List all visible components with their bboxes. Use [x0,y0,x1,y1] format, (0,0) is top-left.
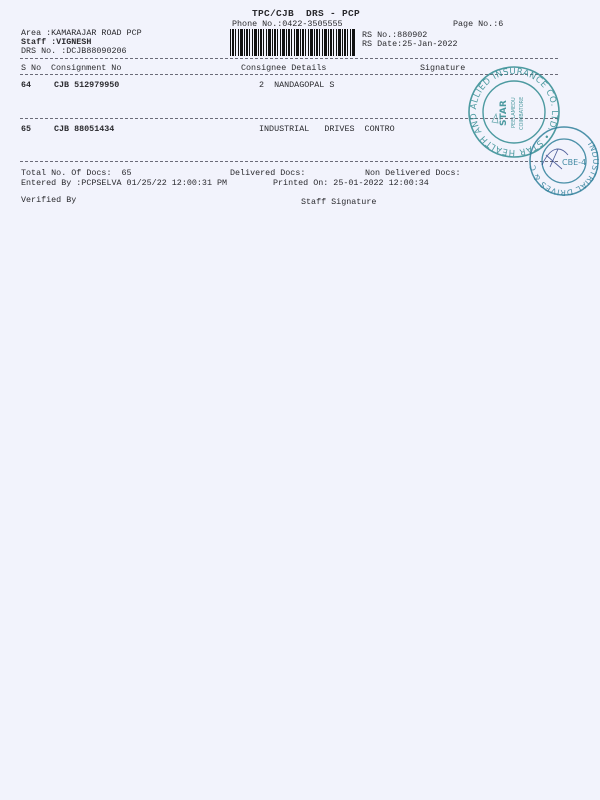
document-title: TPC/CJB DRS - PCP [252,8,360,19]
verified-by-label: Verified By [21,195,76,205]
printed-on: Printed On: 25-01-2022 12:00:34 [273,178,429,188]
column-header-signature: Signature [420,63,465,73]
entered-by: Entered By :PCPSELVA 01/25/22 12:00:31 P… [21,178,227,188]
industrial-drives-stamp: INDUSTRIAL DRIVES & CONTROLS CBE-4 [528,125,600,197]
delivered-docs: Delivered Docs: [230,168,305,178]
page-number: Page No.:6 [453,19,503,29]
row-consignment: CJB 512979950 [54,80,119,90]
rs-date: RS Date:25-Jan-2022 [362,39,458,49]
phone-number: Phone No.:0422-3505555 [232,19,343,29]
row-sno: 65 [21,124,31,134]
svg-text:STAR: STAR [499,100,509,126]
row-consignee: 2 NANDAGOPAL S [259,80,334,90]
staff-signature-label: Staff Signature [301,197,376,207]
row-consignment: CJB 88051434 [54,124,114,134]
drs-number: DRS No. :DCJB88090206 [21,46,127,56]
column-header-consignment: Consignment No [51,63,121,73]
divider [20,58,558,59]
star-icon [492,114,498,123]
svg-text:COIMBATORE: COIMBATORE [519,97,525,130]
row-sno: 64 [21,80,31,90]
column-header-consignee: Consignee Details [241,63,326,73]
row-consignee: INDUSTRIAL DRIVES CONTRO [259,124,395,134]
column-header-sno: S No [21,63,41,73]
non-delivered-docs: Non Delivered Docs: [365,168,461,178]
total-docs: Total No. Of Docs: 65 [21,168,132,178]
svg-text:PEELAMEDU: PEELAMEDU [511,97,517,128]
divider [20,161,558,162]
svg-text:CBE-4: CBE-4 [562,158,586,167]
barcode [230,29,355,56]
